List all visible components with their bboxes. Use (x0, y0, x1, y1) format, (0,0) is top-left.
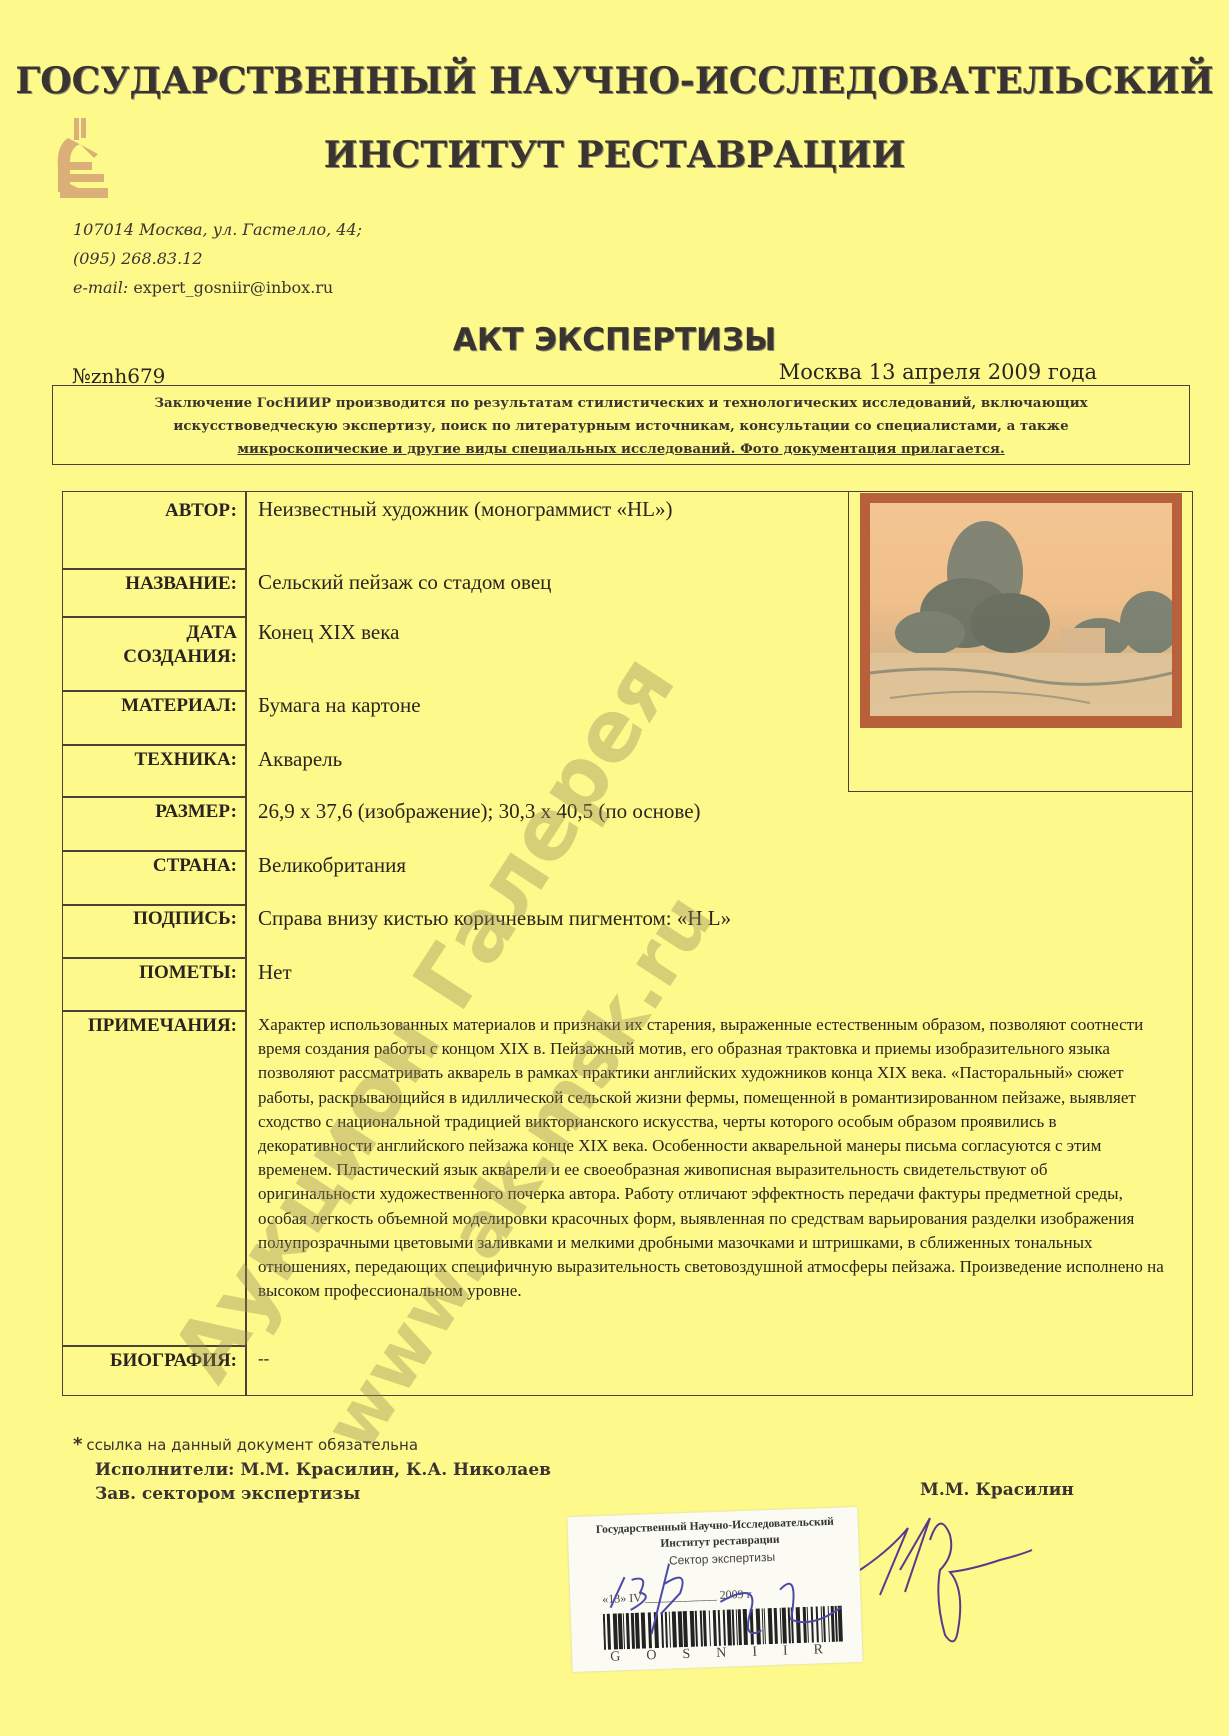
label-size: РАЗМЕР: (62, 800, 237, 824)
email-link[interactable]: expert_gosniir@inbox.ru (133, 278, 333, 297)
email-label: e-mail: (73, 278, 128, 297)
row-divider (62, 904, 246, 906)
row-divider (62, 744, 246, 746)
label-date-line1: ДАТА (62, 621, 237, 645)
value-size: 26,9 х 37,6 (изображение); 30,3 х 40,5 (… (258, 799, 701, 823)
head-of-sector-label: Зав. сектором экспертизы (95, 1484, 360, 1504)
executors: Исполнители: М.М. Красилин, К.А. Николае… (95, 1460, 551, 1480)
notice-line: микроскопические и другие виды специальн… (53, 438, 1189, 461)
value-author: Неизвестный художник (монограммист «HL») (258, 497, 672, 521)
microscope-icon (48, 118, 118, 200)
row-divider (62, 1010, 246, 1012)
email-line: e-mail: expert_gosniir@inbox.ru (73, 278, 333, 297)
row-divider (62, 850, 246, 852)
row-divider (62, 690, 246, 692)
phone: (095) 268.83.12 (73, 249, 203, 268)
label-signature: ПОДПИСЬ: (62, 907, 237, 931)
institute-stamp: Государственный Научно-Исследовательский… (567, 1507, 862, 1672)
value-marks: Нет (258, 960, 292, 984)
notice-line: искусствоведческую экспертизу, поиск по … (53, 415, 1189, 438)
reference-note: *ссылка на данный документ обязательна (73, 1434, 418, 1455)
value-signature: Справа внизу кистью коричневым пигментом… (258, 906, 731, 930)
table-column-divider (245, 491, 247, 1396)
artwork-photo[interactable] (860, 493, 1182, 728)
notice-line: Заключение ГосНИИР производится по резул… (53, 392, 1189, 415)
label-marks: ПОМЕТЫ: (62, 961, 237, 985)
label-author: АВТОР: (62, 499, 237, 523)
asterisk-icon: * (73, 1434, 82, 1455)
landscape-image (870, 503, 1172, 716)
document-place-date: Москва 13 апреля 2009 года (779, 360, 1097, 384)
label-biography: БИОГРАФИЯ: (62, 1349, 237, 1373)
address: 107014 Москва, ул. Гастелло, 44; (73, 220, 362, 239)
reference-note-text: ссылка на данный документ обязательна (86, 1436, 418, 1454)
value-biography: -- (258, 1347, 269, 1371)
label-material: МАТЕРИАЛ: (62, 694, 237, 718)
row-divider (62, 616, 246, 618)
document-title: АКТ ЭКСПЕРТИЗЫ (0, 322, 1229, 358)
stamp-handwriting (567, 1507, 862, 1672)
label-country: СТРАНА: (62, 854, 237, 878)
head-of-sector-name: М.М. Красилин (920, 1480, 1074, 1500)
value-notes: Характер использованных материалов и при… (258, 1013, 1168, 1303)
row-divider (62, 1345, 246, 1347)
label-date-line2: СОЗДАНИЯ: (62, 645, 237, 669)
value-date: Конец XIX века (258, 620, 399, 644)
label-title: НАЗВАНИЕ: (62, 572, 237, 596)
label-technique: ТЕХНИКА: (62, 748, 237, 772)
institute-name-line1: ГОСУДАРСТВЕННЫЙ НАУЧНО-ИССЛЕДОВАТЕЛЬСКИЙ (0, 60, 1229, 102)
notice-box: Заключение ГосНИИР производится по резул… (52, 385, 1190, 465)
row-divider (62, 796, 246, 798)
value-material: Бумага на картоне (258, 693, 421, 717)
row-divider (62, 957, 246, 959)
row-divider (62, 568, 246, 570)
signature (860, 1510, 1040, 1650)
value-country: Великобритания (258, 853, 406, 877)
value-technique: Акварель (258, 747, 342, 771)
label-notes: ПРИМЕЧАНИЯ: (62, 1014, 237, 1038)
value-title: Сельский пейзаж со стадом овец (258, 570, 551, 594)
institute-name-line2: ИНСТИТУТ РЕСТАВРАЦИИ (0, 134, 1229, 176)
